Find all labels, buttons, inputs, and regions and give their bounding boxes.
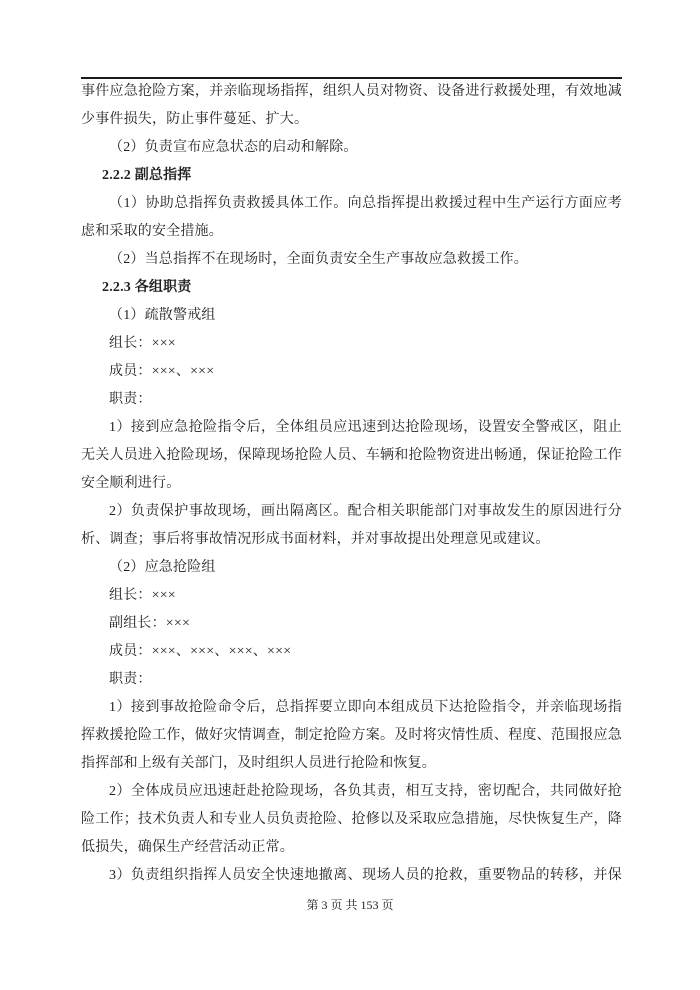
text-line: 挥救援抢险工作，做好灾情调查，制定抢险方案。及时将灾情性质、程度、范围报应急	[81, 722, 622, 750]
text-line: 2）负责保护事故现场，画出隔离区。配合相关职能部门对事故发生的原因进行分	[81, 498, 622, 526]
text-line: 安全顺利进行。	[81, 470, 622, 498]
text-line: 副组长：×××	[81, 610, 622, 638]
text-line: （2）应急抢险组	[81, 554, 622, 582]
text-line: 少事件损失，防止事件蔓延、扩大。	[81, 106, 622, 134]
text-line: 无关人员进入抢险现场，保障现场抢险人员、车辆和抢险物资进出畅通，保证抢险工作	[81, 442, 622, 470]
text-line: 组长：×××	[81, 330, 622, 358]
document-body: 事件应急抢险方案，并亲临现场指挥，组织人员对物资、设备进行救援处理，有效地减 少…	[81, 78, 622, 890]
text-line: 3）负责组织指挥人员安全快速地撤离、现场人员的抢救，重要物品的转移，并保	[81, 862, 622, 890]
text-line: 低损失，确保生产经营活动正常。	[81, 834, 622, 862]
text-line: 虑和采取的安全措施。	[81, 218, 622, 246]
text-line: 事件应急抢险方案，并亲临现场指挥，组织人员对物资、设备进行救援处理，有效地减	[81, 78, 622, 106]
text-line: 险工作；技术负责人和专业人员负责抢险、抢修以及采取应急措施，尽快恢复生产，降	[81, 806, 622, 834]
text-line: （2）负责宣布应急状态的启动和解除。	[81, 134, 622, 162]
text-line: 指挥部和上级有关部门，及时组织人员进行抢险和恢复。	[81, 750, 622, 778]
section-heading: 2.2.2 副总指挥	[81, 162, 622, 190]
text-line: 组长：×××	[81, 582, 622, 610]
text-line: 析、调查；事后将事故情况形成书面材料，并对事故提出处理意见或建议。	[81, 526, 622, 554]
page-number-footer: 第 3 页 共 153 页	[0, 895, 700, 915]
text-line: 2）全体成员应迅速赶赴抢险现场，各负其责，相互支持，密切配合，共同做好抢	[81, 778, 622, 806]
text-line: （1）疏散警戒组	[81, 302, 622, 330]
text-line: 1）接到事故抢险命令后，总指挥要立即向本组成员下达抢险指令，并亲临现场指	[81, 694, 622, 722]
text-line: 1）接到应急抢险指令后，全体组员应迅速到达抢险现场，设置安全警戒区，阻止	[81, 414, 622, 442]
text-line: 成员：×××、×××、×××、×××	[81, 638, 622, 666]
text-line: （1）协助总指挥负责救援具体工作。向总指挥提出救援过程中生产运行方面应考	[81, 190, 622, 218]
text-line: 职责：	[81, 386, 622, 414]
text-line: 成员：×××、×××	[81, 358, 622, 386]
section-heading: 2.2.3 各组职责	[81, 274, 622, 302]
text-line: 职责：	[81, 666, 622, 694]
text-line: （2）当总指挥不在现场时，全面负责安全生产事故应急救援工作。	[81, 246, 622, 274]
document-page: 事件应急抢险方案，并亲临现场指挥，组织人员对物资、设备进行救援处理，有效地减 少…	[0, 0, 700, 990]
